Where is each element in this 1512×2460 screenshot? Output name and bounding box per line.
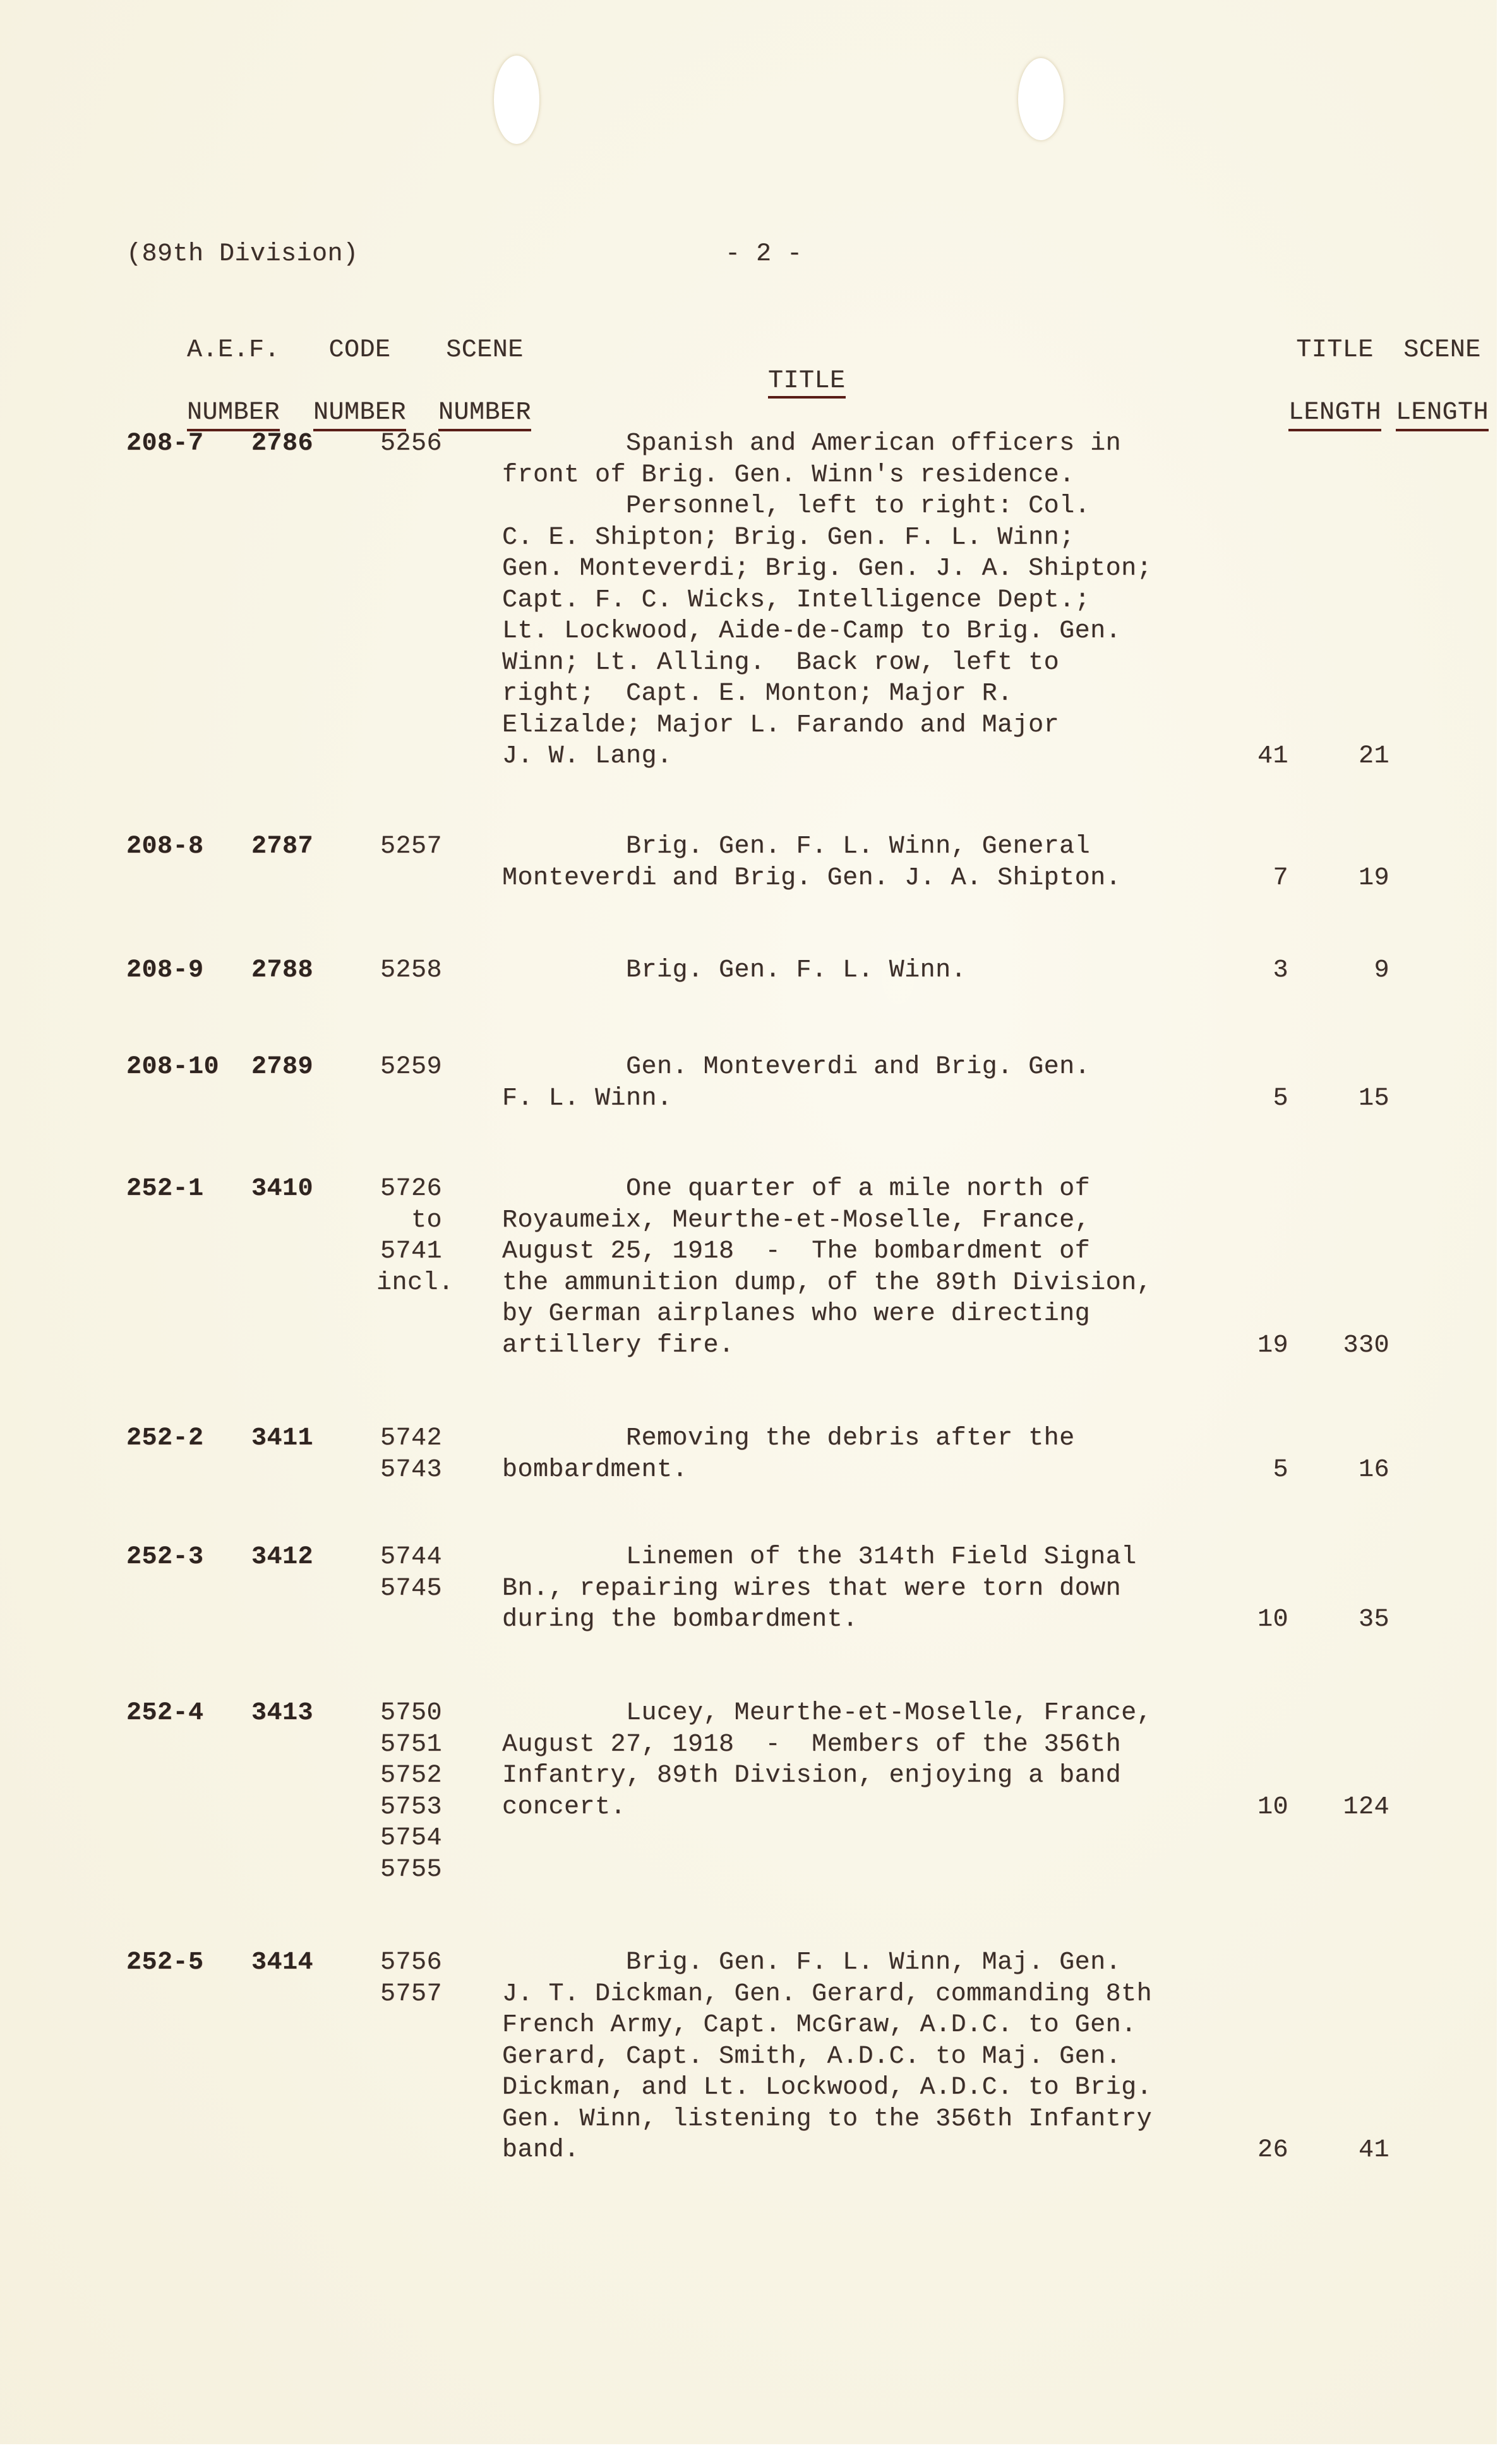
title-length: 7 — [1225, 863, 1288, 894]
title-text: Removing the debris after thebombardment… — [502, 1423, 1184, 1485]
title-line: J. T. Dickman, Gen. Gerard, commanding 8… — [502, 1979, 1184, 2010]
title-text: Gen. Monteverdi and Brig. Gen.F. L. Winn… — [502, 1052, 1184, 1114]
aef-number: 208-10 — [126, 1052, 219, 1083]
aef-number: 252-3 — [126, 1542, 204, 1573]
code-number: 3410 — [251, 1173, 313, 1205]
column-header-line: LENGTH — [1396, 397, 1489, 432]
title-text: Brig. Gen. F. L. Winn. — [502, 955, 1184, 987]
scene-number: 5756 5757 — [376, 1947, 442, 2010]
title-line: concert. — [502, 1792, 1184, 1823]
title-line: Capt. F. C. Wicks, Intelligence Dept.; — [502, 585, 1184, 616]
title-line: Dickman, and Lt. Lockwood, A.D.C. to Bri… — [502, 2072, 1184, 2104]
scene-number: 5744 5745 — [376, 1542, 442, 1604]
title-text: Brig. Gen. F. L. Winn, GeneralMonteverdi… — [502, 831, 1184, 894]
title-line: Gen. Monteverdi and Brig. Gen. — [502, 1052, 1184, 1083]
title-length: 26 — [1225, 2135, 1288, 2166]
title-line: Brig. Gen. F. L. Winn, General — [502, 831, 1184, 863]
title-text: Lucey, Meurthe-et-Moselle, France,August… — [502, 1698, 1184, 1823]
title-line: August 25, 1918 - The bombardment of — [502, 1236, 1184, 1268]
title-text: Spanish and American officers infront of… — [502, 428, 1184, 772]
title-line: Personnel, left to right: Col. — [502, 491, 1184, 522]
page-number: - 2 - — [725, 239, 803, 270]
scene-length: 15 — [1320, 1083, 1389, 1115]
title-text: One quarter of a mile north ofRoyaumeix,… — [502, 1173, 1184, 1361]
title-line: Monteverdi and Brig. Gen. J. A. Shipton. — [502, 863, 1184, 894]
scene-length: 19 — [1320, 863, 1389, 894]
scene-number: 5259 — [376, 1052, 442, 1083]
title-line: Gerard, Capt. Smith, A.D.C. to Maj. Gen. — [502, 2041, 1184, 2073]
title-line: during the bombardment. — [502, 1604, 1184, 1636]
division-header: (89th Division) — [126, 239, 359, 270]
title-length: 5 — [1225, 1083, 1288, 1115]
scene-number: 5256 — [376, 428, 442, 460]
title-line: Lucey, Meurthe-et-Moselle, France, — [502, 1698, 1184, 1729]
column-header-line: NUMBER — [438, 397, 531, 432]
title-line: bombardment. — [502, 1455, 1184, 1486]
title-line: Gen. Monteverdi; Brig. Gen. J. A. Shipto… — [502, 553, 1184, 585]
column-header-scene-length: SCENE LENGTH — [1334, 303, 1489, 463]
title-line: Brig. Gen. F. L. Winn, Maj. Gen. — [502, 1947, 1184, 1979]
aef-number: 252-2 — [126, 1423, 204, 1455]
title-line: artillery fire. — [502, 1330, 1184, 1362]
scene-number: 5726 to 5741 incl. — [376, 1173, 442, 1299]
title-line: Spanish and American officers in — [502, 428, 1184, 460]
title-line: August 27, 1918 - Members of the 356th — [502, 1729, 1184, 1761]
title-line: Bn., repairing wires that were torn down — [502, 1573, 1184, 1605]
title-text: Linemen of the 314th Field SignalBn., re… — [502, 1542, 1184, 1636]
title-line: right; Capt. E. Monton; Major R. — [502, 678, 1184, 710]
title-length: 19 — [1225, 1330, 1288, 1362]
punch-hole — [494, 56, 539, 144]
code-number: 3414 — [251, 1947, 313, 1979]
code-number: 3412 — [251, 1542, 313, 1573]
title-line: One quarter of a mile north of — [502, 1173, 1184, 1205]
scene-number: 5742 5743 — [376, 1423, 442, 1485]
column-header-title: TITLE — [706, 334, 846, 428]
scene-number: 5258 — [376, 955, 442, 987]
title-line: Lt. Lockwood, Aide-de-Camp to Brig. Gen. — [502, 616, 1184, 647]
aef-number: 252-5 — [126, 1947, 204, 1979]
title-line: band. — [502, 2135, 1184, 2166]
title-line: the ammunition dump, of the 89th Divisio… — [502, 1268, 1184, 1299]
title-line: Royaumeix, Meurthe-et-Moselle, France, — [502, 1205, 1184, 1237]
aef-number: 252-1 — [126, 1173, 204, 1205]
title-length: 10 — [1225, 1792, 1288, 1823]
title-length: 10 — [1225, 1604, 1288, 1636]
column-header-line: SCENE — [1403, 336, 1481, 364]
title-line: by German airplanes who were directing — [502, 1299, 1184, 1330]
title-line: Removing the debris after the — [502, 1423, 1184, 1455]
code-number: 3413 — [251, 1698, 313, 1729]
scene-length: 330 — [1320, 1330, 1389, 1362]
title-line: Elizalde; Major L. Farando and Major — [502, 710, 1184, 741]
title-length: 3 — [1225, 955, 1288, 987]
scene-number: 5750 5751 5752 5753 5754 5755 — [376, 1698, 442, 1885]
code-number: 2789 — [251, 1052, 313, 1083]
code-number: 2787 — [251, 831, 313, 863]
title-line: C. E. Shipton; Brig. Gen. F. L. Winn; — [502, 522, 1184, 554]
scene-length: 16 — [1320, 1455, 1389, 1486]
aef-number: 208-8 — [126, 831, 204, 863]
aef-number: 252-4 — [126, 1698, 204, 1729]
title-line: Brig. Gen. F. L. Winn. — [502, 955, 1184, 987]
title-length: 41 — [1225, 741, 1288, 772]
title-line: J. W. Lang. — [502, 741, 1184, 772]
title-line: Infantry, 89th Division, enjoying a band — [502, 1760, 1184, 1792]
title-line: Winn; Lt. Alling. Back row, left to — [502, 647, 1184, 679]
title-length: 5 — [1225, 1455, 1288, 1486]
code-number: 2788 — [251, 955, 313, 987]
punch-hole — [1018, 58, 1064, 140]
scene-number: 5257 — [376, 831, 442, 863]
scene-length: 21 — [1320, 741, 1389, 772]
title-line: Linemen of the 314th Field Signal — [502, 1542, 1184, 1573]
code-number: 2786 — [251, 428, 313, 460]
title-text: Brig. Gen. F. L. Winn, Maj. Gen.J. T. Di… — [502, 1947, 1184, 2166]
title-line: front of Brig. Gen. Winn's residence. — [502, 460, 1184, 491]
scene-length: 35 — [1320, 1604, 1389, 1636]
scene-length: 41 — [1320, 2135, 1389, 2166]
scene-length: 124 — [1320, 1792, 1389, 1823]
column-header-line: SCENE — [446, 336, 524, 364]
aef-number: 208-9 — [126, 955, 204, 987]
column-header-line: TITLE — [768, 367, 846, 399]
title-line: French Army, Capt. McGraw, A.D.C. to Gen… — [502, 2010, 1184, 2041]
scene-length: 9 — [1320, 955, 1389, 987]
document-page: (89th Division) - 2 - A.E.F. NUMBER CODE… — [0, 0, 1497, 2444]
code-number: 3411 — [251, 1423, 313, 1455]
aef-number: 208-7 — [126, 428, 204, 460]
title-line: Gen. Winn, listening to the 356th Infant… — [502, 2104, 1184, 2135]
title-line: F. L. Winn. — [502, 1083, 1184, 1115]
